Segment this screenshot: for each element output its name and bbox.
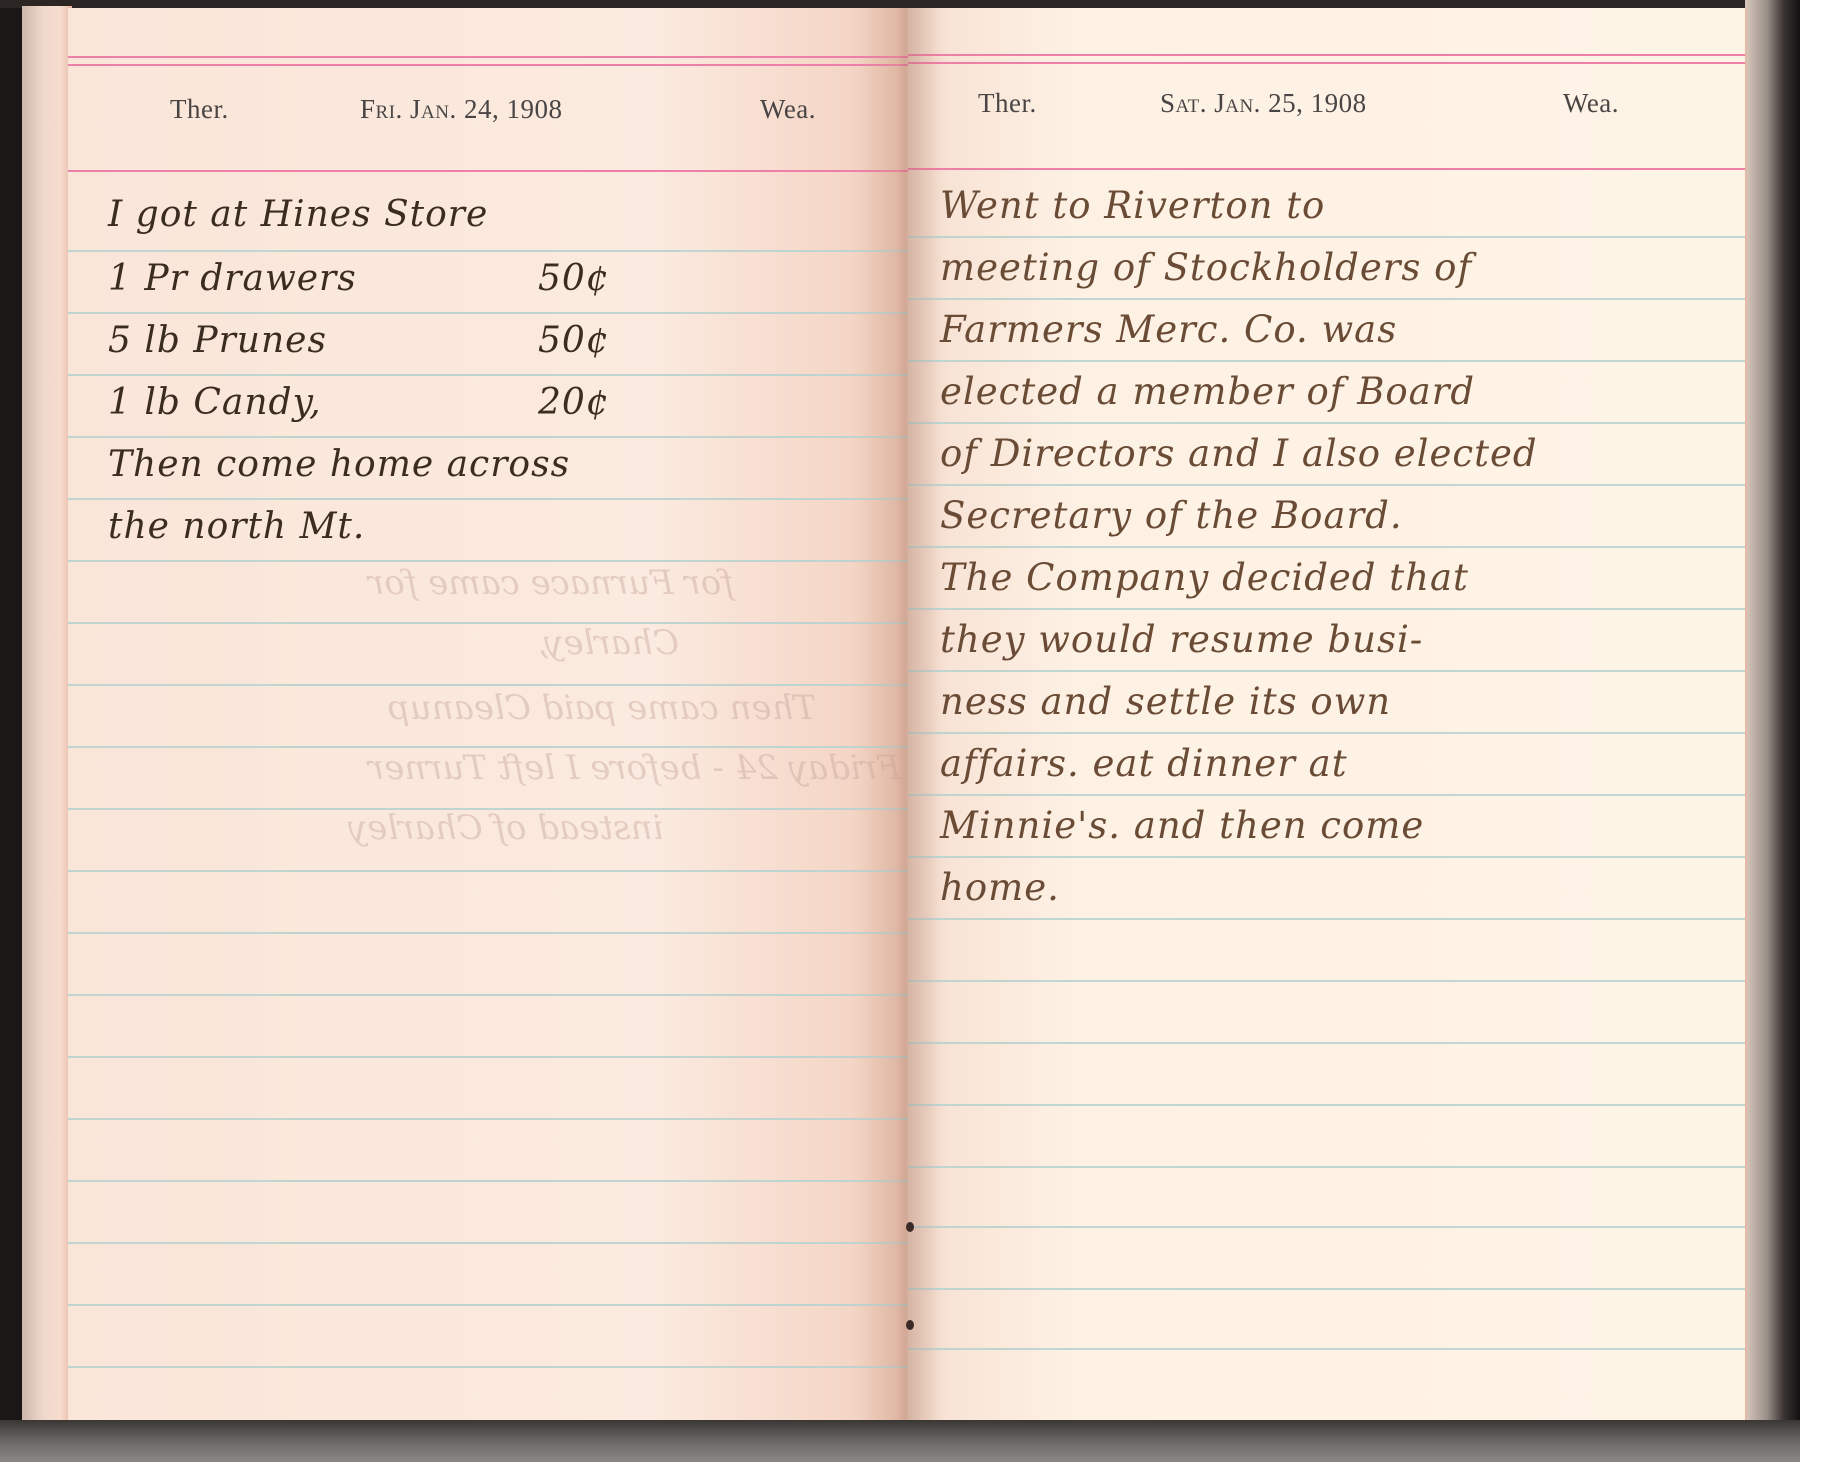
entry-line: 1 lb Candy, 20¢ [108, 382, 908, 423]
entry-line: Secretary of the Board. [940, 494, 1745, 537]
thermometer-label: Ther. [978, 88, 1037, 119]
ruled-line [68, 1118, 908, 1120]
ruled-line [68, 374, 908, 376]
ruled-line [68, 1180, 908, 1182]
diary-page-left: Ther. Fri. Jan. 24, 1908 Wea. for Furnac… [68, 8, 908, 1420]
ruled-line [68, 250, 908, 252]
ruled-line [908, 1166, 1745, 1168]
entry-line: I got at Hines Store [108, 194, 908, 235]
ruled-line [908, 918, 1745, 920]
weather-label: Wea. [760, 94, 816, 125]
ruled-line [908, 794, 1745, 796]
bleed-through-text: Then came paid Cleanup [388, 688, 816, 728]
entry-line-text: the north Mt. [108, 506, 365, 547]
header-rule-top-2 [908, 62, 1745, 64]
bleed-through-text: instead of Charley [348, 808, 663, 848]
ruled-line [68, 1056, 908, 1058]
ruled-line [68, 1366, 908, 1368]
ruled-line [908, 856, 1745, 858]
ruled-line [908, 1288, 1745, 1290]
entry-line: meeting of Stockholders of [940, 246, 1745, 289]
entry-line: 5 lb Prunes 50¢ [108, 320, 908, 361]
entry-line-text: 1 lb Candy, [108, 382, 322, 423]
ruled-line [908, 360, 1745, 362]
header-rule-top-2 [68, 64, 908, 66]
entry-line: they would resume busi- [940, 618, 1745, 661]
header-rule-bottom [908, 168, 1745, 170]
entry-line: ness and settle its own [940, 680, 1745, 723]
ruled-line [68, 684, 908, 686]
ruled-line [68, 436, 908, 438]
entry-line: home. [940, 866, 1745, 909]
entry-line: affairs. eat dinner at [940, 742, 1745, 785]
weather-label: Wea. [1563, 88, 1619, 119]
entry-line: elected a member of Board [940, 370, 1745, 413]
bleed-through-text: Charley, [538, 623, 679, 663]
bleed-through-text: for Furnace came for [368, 563, 734, 603]
thermometer-label: Ther. [170, 94, 229, 125]
ruled-line [908, 980, 1745, 982]
page-header-left: Ther. Fri. Jan. 24, 1908 Wea. [68, 94, 908, 134]
ruled-line [908, 298, 1745, 300]
ruled-line [68, 498, 908, 500]
entry-line: Then come home across [108, 444, 908, 485]
ruled-line [68, 312, 908, 314]
entry-line: Minnie's. and then come [940, 804, 1745, 847]
book-right-cover [1745, 0, 1800, 1430]
entry-line-text: I got at Hines Store [108, 194, 488, 235]
book-bottom-edge [0, 1420, 1800, 1462]
ruled-line [908, 1104, 1745, 1106]
ruled-line [68, 560, 908, 562]
ruled-line [908, 670, 1745, 672]
spine-stitch-mark [906, 1222, 914, 1232]
ruled-line [908, 546, 1745, 548]
book-left-page-edges [22, 6, 72, 1424]
entry-price: 50¢ [538, 258, 610, 299]
entry-line: the north Mt. [108, 506, 908, 547]
page-date: Sat. Jan. 25, 1908 [1160, 88, 1367, 119]
spine-stitch-mark [906, 1320, 914, 1330]
header-rule-bottom [68, 170, 908, 172]
ruled-line [908, 1042, 1745, 1044]
ruled-line [908, 608, 1745, 610]
ruled-line [908, 236, 1745, 238]
page-header-right: Ther. Sat. Jan. 25, 1908 Wea. [908, 88, 1745, 128]
ruled-line [908, 484, 1745, 486]
ruled-line [68, 870, 908, 872]
entry-line-text: 5 lb Prunes [108, 320, 327, 361]
entry-line: of Directors and I also elected [940, 432, 1745, 475]
ruled-line [908, 732, 1745, 734]
entry-price: 50¢ [538, 320, 610, 361]
ruled-line [68, 1304, 908, 1306]
ruled-line [908, 1226, 1745, 1228]
ruled-line [68, 1242, 908, 1244]
ruled-line [908, 1348, 1745, 1350]
entry-line: Farmers Merc. Co. was [940, 308, 1745, 351]
entry-line: The Company decided that [940, 556, 1745, 599]
ruled-line [908, 422, 1745, 424]
ruled-line [68, 932, 908, 934]
entry-line: Went to Riverton to [940, 184, 1745, 227]
page-date: Fri. Jan. 24, 1908 [360, 94, 562, 125]
entry-line: 1 Pr drawers 50¢ [108, 258, 908, 299]
bleed-through-text: Friday 24 - before I left Turner [368, 748, 901, 788]
entry-price: 20¢ [538, 382, 610, 423]
header-rule-top [68, 56, 908, 58]
header-rule-top [908, 54, 1745, 56]
diary-page-right: Ther. Sat. Jan. 25, 1908 Wea. Went to Ri… [908, 8, 1747, 1420]
entry-line-text: Then come home across [108, 444, 570, 485]
ruled-line [68, 994, 908, 996]
ruled-line [68, 622, 908, 624]
entry-line-text: 1 Pr drawers [108, 258, 357, 299]
